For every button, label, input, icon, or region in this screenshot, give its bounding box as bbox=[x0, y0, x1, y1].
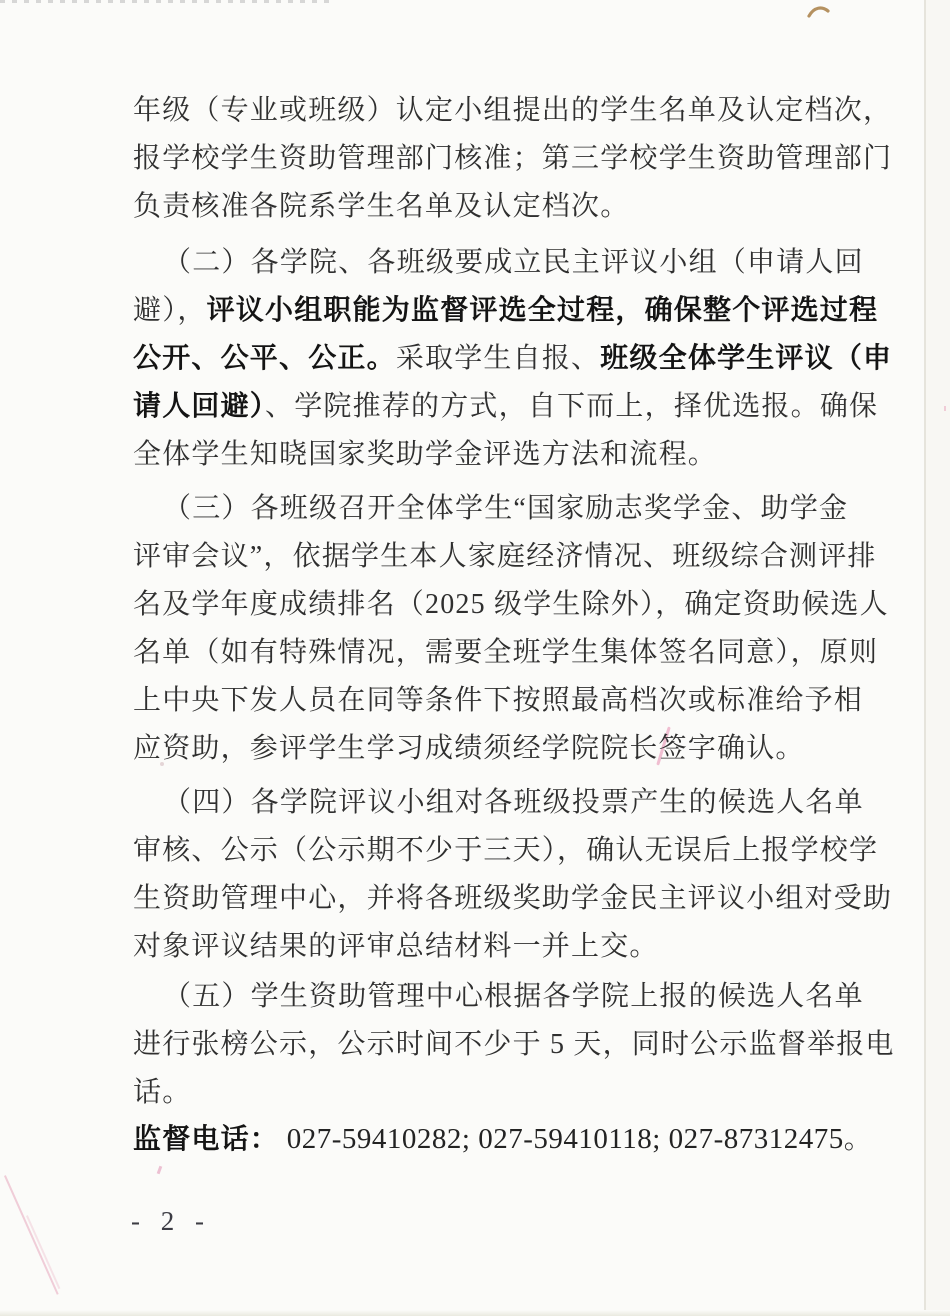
text-line: （五）学生资助管理中心根据各学院上报的候选人名单 bbox=[133, 981, 864, 1015]
text-segment: 。 bbox=[844, 1124, 873, 1155]
text-line: 话。 bbox=[133, 1077, 191, 1111]
text-segment: 报学校学生资助管理部门核准；第三学校学生资助管理部门 bbox=[133, 143, 892, 174]
text-segment: 应资助，参评学生学习成绩须经学院院长签字确认。 bbox=[133, 733, 805, 764]
text-segment: 公开、公平、公正。 bbox=[133, 343, 396, 374]
page-number: - 2 - bbox=[131, 1206, 211, 1237]
text-line: 评审会议”，依据学生本人家庭经济情况、班级综合测评排 bbox=[133, 541, 877, 575]
text-line: （三）各班级召开全体学生“国家励志奖学金、助学金 bbox=[133, 493, 848, 527]
text-segment: 对象评议结果的评审总结材料一并上交。 bbox=[133, 931, 659, 962]
scan-artifact-pink-line bbox=[4, 1175, 59, 1295]
text-line: 负责核准各院系学生名单及认定档次。 bbox=[133, 191, 629, 225]
text-line: 审核、公示（公示期不少于三天），确认无误后上报学校学 bbox=[133, 835, 878, 869]
text-segment: 、学院推荐的方式，自下而上，择优选报。确保 bbox=[265, 391, 878, 422]
text-segment: 027-59410282; 027-59410118; 027-87312475 bbox=[279, 1123, 844, 1155]
scan-artifact-right-strip bbox=[926, 0, 950, 1316]
text-segment: 班级全体学生评议（申 bbox=[600, 343, 892, 374]
text-segment: （五）学生资助管理中心根据各学院上报的候选人名单 bbox=[163, 981, 864, 1012]
text-segment: 审核、公示（公示期不少于三天），确认无误后上报学校学 bbox=[133, 835, 878, 866]
scan-artifact-pink-line-faint bbox=[26, 1215, 60, 1289]
text-segment: 评议小组职能为监督评选全过程，确保整个评选过程 bbox=[207, 295, 879, 326]
text-line: 公开、公平、公正。采取学生自报、班级全体学生评议（申 bbox=[133, 343, 892, 377]
text-line: 名及学年度成绩排名（2025 级学生除外），确定资助候选人 bbox=[133, 589, 889, 623]
text-segment: （四）各学院评议小组对各班级投票产生的候选人名单 bbox=[163, 787, 864, 818]
scan-artifact-pink-dot bbox=[157, 1166, 163, 1175]
text-segment: 话。 bbox=[133, 1077, 191, 1108]
text-line: 名单（如有特殊情况，需要全班学生集体签名同意），原则 bbox=[133, 637, 878, 671]
text-segment: 避）， bbox=[133, 295, 207, 326]
text-line: 全体学生知晓国家奖助学金评选方法和流程。 bbox=[133, 439, 717, 473]
text-segment: 请人回避） bbox=[133, 391, 265, 422]
scanned-page: 年级（专业或班级）认定小组提出的学生名单及认定档次，报学校学生资助管理部门核准；… bbox=[0, 0, 950, 1316]
text-segment: （三）各班级召开全体学生“国家励志奖学金、助学金 bbox=[163, 493, 848, 524]
scan-artifact-top-edge bbox=[0, 0, 330, 3]
text-segment: 名及学年度成绩排名（2025 级学生除外），确定资助候选人 bbox=[133, 589, 889, 620]
text-segment: 监督电话： bbox=[133, 1124, 279, 1155]
text-segment: 全体学生知晓国家奖助学金评选方法和流程。 bbox=[133, 439, 717, 470]
text-line: 生资助管理中心，并将各班级奖助学金民主评议小组对受助 bbox=[133, 883, 892, 917]
text-segment: 上中央下发人员在同等条件下按照最高档次或标准给予相 bbox=[133, 685, 863, 716]
text-segment: 生资助管理中心，并将各班级奖助学金民主评议小组对受助 bbox=[133, 883, 892, 914]
scan-artifact-stain-icon bbox=[806, 3, 832, 21]
text-line: 避），评议小组职能为监督评选全过程，确保整个评选过程 bbox=[133, 295, 878, 329]
text-line: 应资助，参评学生学习成绩须经学院院长签字确认。 bbox=[133, 733, 805, 767]
text-segment: 进行张榜公示，公示时间不少于 5 天，同时公示监督举报电 bbox=[133, 1029, 895, 1060]
text-line: 报学校学生资助管理部门核准；第三学校学生资助管理部门 bbox=[133, 143, 892, 177]
text-line: 对象评议结果的评审总结材料一并上交。 bbox=[133, 931, 659, 965]
text-segment: 负责核准各院系学生名单及认定档次。 bbox=[133, 191, 629, 222]
text-line: 监督电话： 027-59410282; 027-59410118; 027-87… bbox=[133, 1123, 873, 1157]
text-segment: 名单（如有特殊情况，需要全班学生集体签名同意），原则 bbox=[133, 637, 878, 668]
text-line: 进行张榜公示，公示时间不少于 5 天，同时公示监督举报电 bbox=[133, 1029, 895, 1063]
text-segment: 采取学生自报、 bbox=[396, 343, 600, 374]
text-line: 年级（专业或班级）认定小组提出的学生名单及认定档次， bbox=[133, 95, 892, 129]
text-line: （二）各学院、各班级要成立民主评议小组（申请人回 bbox=[133, 247, 864, 281]
scan-artifact-page-edge bbox=[924, 0, 926, 1316]
text-segment: 年级（专业或班级）认定小组提出的学生名单及认定档次， bbox=[133, 95, 892, 126]
text-line: （四）各学院评议小组对各班级投票产生的候选人名单 bbox=[133, 787, 864, 821]
scan-artifact-bottom-edge bbox=[0, 1310, 950, 1316]
text-segment: 评审会议”，依据学生本人家庭经济情况、班级综合测评排 bbox=[133, 541, 877, 572]
text-line: 上中央下发人员在同等条件下按照最高档次或标准给予相 bbox=[133, 685, 863, 719]
text-segment: （二）各学院、各班级要成立民主评议小组（申请人回 bbox=[163, 247, 864, 278]
text-line: 请人回避）、学院推荐的方式，自下而上，择优选报。确保 bbox=[133, 391, 878, 425]
scan-artifact-pink-dot-right bbox=[944, 406, 946, 411]
